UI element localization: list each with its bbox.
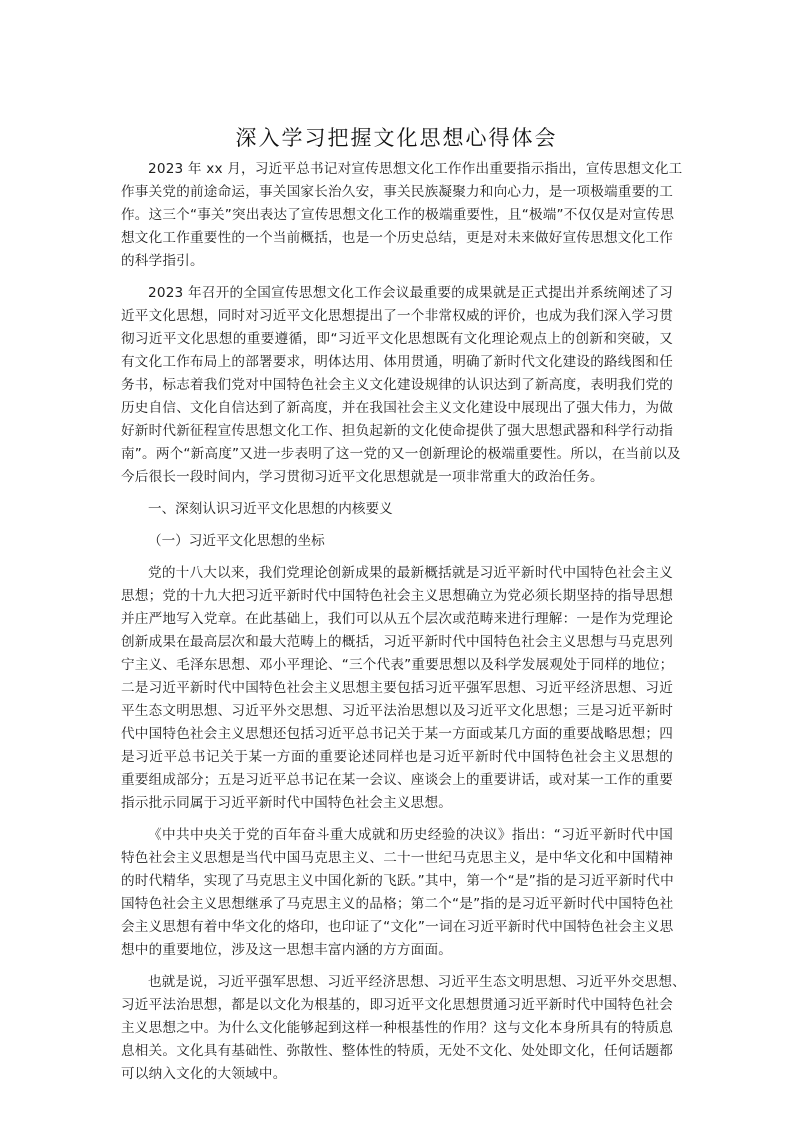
paragraph: 《中共中央关于党的百年奋斗重大成就和历史经验的决议》指出：“习近平新时代中国特色…	[121, 824, 673, 962]
paragraph-line: 创新成果在最高层次和最大范畴上的概括，习近平新时代中国特色社会主义思想与马克思列	[121, 631, 673, 654]
paragraph-line: 国特色社会主义思想继承了马克思主义的品格；第二个“是”指的是习近平新时代中国特色…	[121, 893, 673, 916]
paragraph-line: 彻习近平文化思想的重要遵循，即“习近平文化思想既有文化理论观点上的创新和突破，又	[121, 328, 673, 351]
paragraph-line: 并庄严地写入党章。在此基础上，我们可以从五个层次或范畴来进行理解：一是作为党理论	[121, 608, 673, 631]
paragraph-line: 近平文化思想，同时对习近平文化思想提出了一个非常权威的评价，也成为我们深入学习贯	[121, 305, 673, 328]
section-heading: 一、深刻认识习近平文化思想的内核要义	[121, 498, 673, 521]
paragraph-line: 的时代精华，实现了马克思主义中国化新的飞跃。”其中，第一个“是”指的是习近平新时…	[121, 870, 673, 893]
paragraph-line: 主义思想之中。为什么文化能够起到这样一种根基性的作用？这与文化本身所具有的特质息	[121, 1017, 673, 1040]
paragraph: 也就是说，习近平强军思想、习近平经济思想、习近平生态文明思想、习近平外交思想、习…	[121, 971, 673, 1086]
paragraph: 2023 年召开的全国宣传思想文化工作会议最重要的成果就是正式提出并系统阐述了习…	[121, 282, 673, 489]
paragraph: 2023 年 xx 月，习近平总书记对宣传思想文化工作作出重要指示指出，宣传思想…	[121, 158, 673, 273]
paragraph-line: 2023 年召开的全国宣传思想文化工作会议最重要的成果就是正式提出并系统阐述了习	[121, 282, 673, 305]
paragraph-line: 2023 年 xx 月，习近平总书记对宣传思想文化工作作出重要指示指出，宣传思想…	[121, 158, 673, 181]
paragraph-line: 作事关党的前途命运，事关国家长治久安，事关民族凝聚力和向心力，是一项极端重要的工	[121, 181, 673, 204]
paragraph-line: 也就是说，习近平强军思想、习近平经济思想、习近平生态文明思想、习近平外交思想、	[121, 971, 673, 994]
paragraph-line: 想中的重要地位，涉及这一思想丰富内涵的方方面面。	[121, 939, 673, 962]
paragraph-line: 可以纳入文化的大领域中。	[121, 1063, 673, 1086]
paragraph-line: 党的十八大以来，我们党理论创新成果的最新概括就是习近平新时代中国特色社会主义	[121, 562, 673, 585]
paragraph-line: 息相关。文化具有基础性、弥散性、整体性的特质，无处不文化、处处即文化，任何话题都	[121, 1040, 673, 1063]
paragraph-line: 会主义思想有着中华文化的烙印，也印证了“文化”一词在习近平新时代中国特色社会主义…	[121, 916, 673, 939]
paragraph-line: 好新时代新征程宣传思想文化工作、担负起新的文化使命提供了强大思想武器和科学行动指	[121, 420, 673, 443]
paragraph-line: 想文化工作重要性的一个当前概括，也是一个历史总结，更是对未来做好宣传思想文化工作	[121, 227, 673, 250]
paragraph-line: 特色社会主义思想是当代中国马克思主义、二十一世纪马克思主义，是中华文化和中国精神	[121, 847, 673, 870]
paragraph: 党的十八大以来，我们党理论创新成果的最新概括就是习近平新时代中国特色社会主义思想…	[121, 562, 673, 815]
paragraph-line: 习近平法治思想，都是以文化为根基的，即习近平文化思想贯通习近平新时代中国特色社会	[121, 994, 673, 1017]
paragraph-line: 南”。两个“新高度”又进一步表明了这一党的又一创新理论的极端重要性。所以，在当前…	[121, 443, 673, 466]
paragraph-line: 指示批示同属于习近平新时代中国特色社会主义思想。	[121, 792, 673, 815]
document-title: 深入学习把握文化思想心得体会	[0, 122, 793, 152]
paragraph-line: 有文化工作布局上的部署要求，明体达用、体用贯通，明确了新时代文化建设的路线图和任	[121, 351, 673, 374]
paragraph-line: 平生态文明思想、习近平外交思想、习近平法治思想以及习近平文化思想；三是习近平新时	[121, 700, 673, 723]
paragraph-line: 宁主义、毛泽东思想、邓小平理论、“三个代表”重要思想以及科学发展观处于同样的地位…	[121, 654, 673, 677]
paragraph-line: 二是习近平新时代中国特色社会主义思想主要包括习近平强军思想、习近平经济思想、习近	[121, 677, 673, 700]
paragraph-line: 思想；党的十九大把习近平新时代中国特色社会主义思想确立为党必须长期坚持的指导思想	[121, 585, 673, 608]
document-page: 深入学习把握文化思想心得体会 2023 年 xx 月，习近平总书记对宣传思想文化…	[0, 0, 793, 1122]
paragraph-line: 《中共中央关于党的百年奋斗重大成就和历史经验的决议》指出：“习近平新时代中国	[121, 824, 673, 847]
paragraph-line: 历史自信、文化自信达到了新高度，并在我国社会主义文化建设中展现出了强大伟力，为做	[121, 397, 673, 420]
paragraph-line: 代中国特色社会主义思想还包括习近平总书记关于某一方面或某几方面的重要战略思想；四	[121, 723, 673, 746]
document-body: 2023 年 xx 月，习近平总书记对宣传思想文化工作作出重要指示指出，宣传思想…	[121, 158, 673, 1095]
paragraph-line: 今后很长一段时间内，学习贯彻习近平文化思想就是一项非常重大的政治任务。	[121, 466, 673, 489]
section-heading: （一）习近平文化思想的坐标	[121, 530, 673, 553]
paragraph-line: 作。这三个“事关”突出表达了宣传思想文化工作的极端重要性，且“极端”不仅仅是对宣…	[121, 204, 673, 227]
paragraph-line: 务书，标志着我们党对中国特色社会主义文化建设规律的认识达到了新高度，表明我们党的	[121, 374, 673, 397]
paragraph-line: 重要组成部分；五是习近平总书记在某一会议、座谈会上的重要讲话，或对某一工作的重要	[121, 769, 673, 792]
paragraph-line: 的科学指引。	[121, 250, 673, 273]
paragraph-line: 是习近平总书记关于某一方面的重要论述同样也是习近平新时代中国特色社会主义思想的	[121, 746, 673, 769]
